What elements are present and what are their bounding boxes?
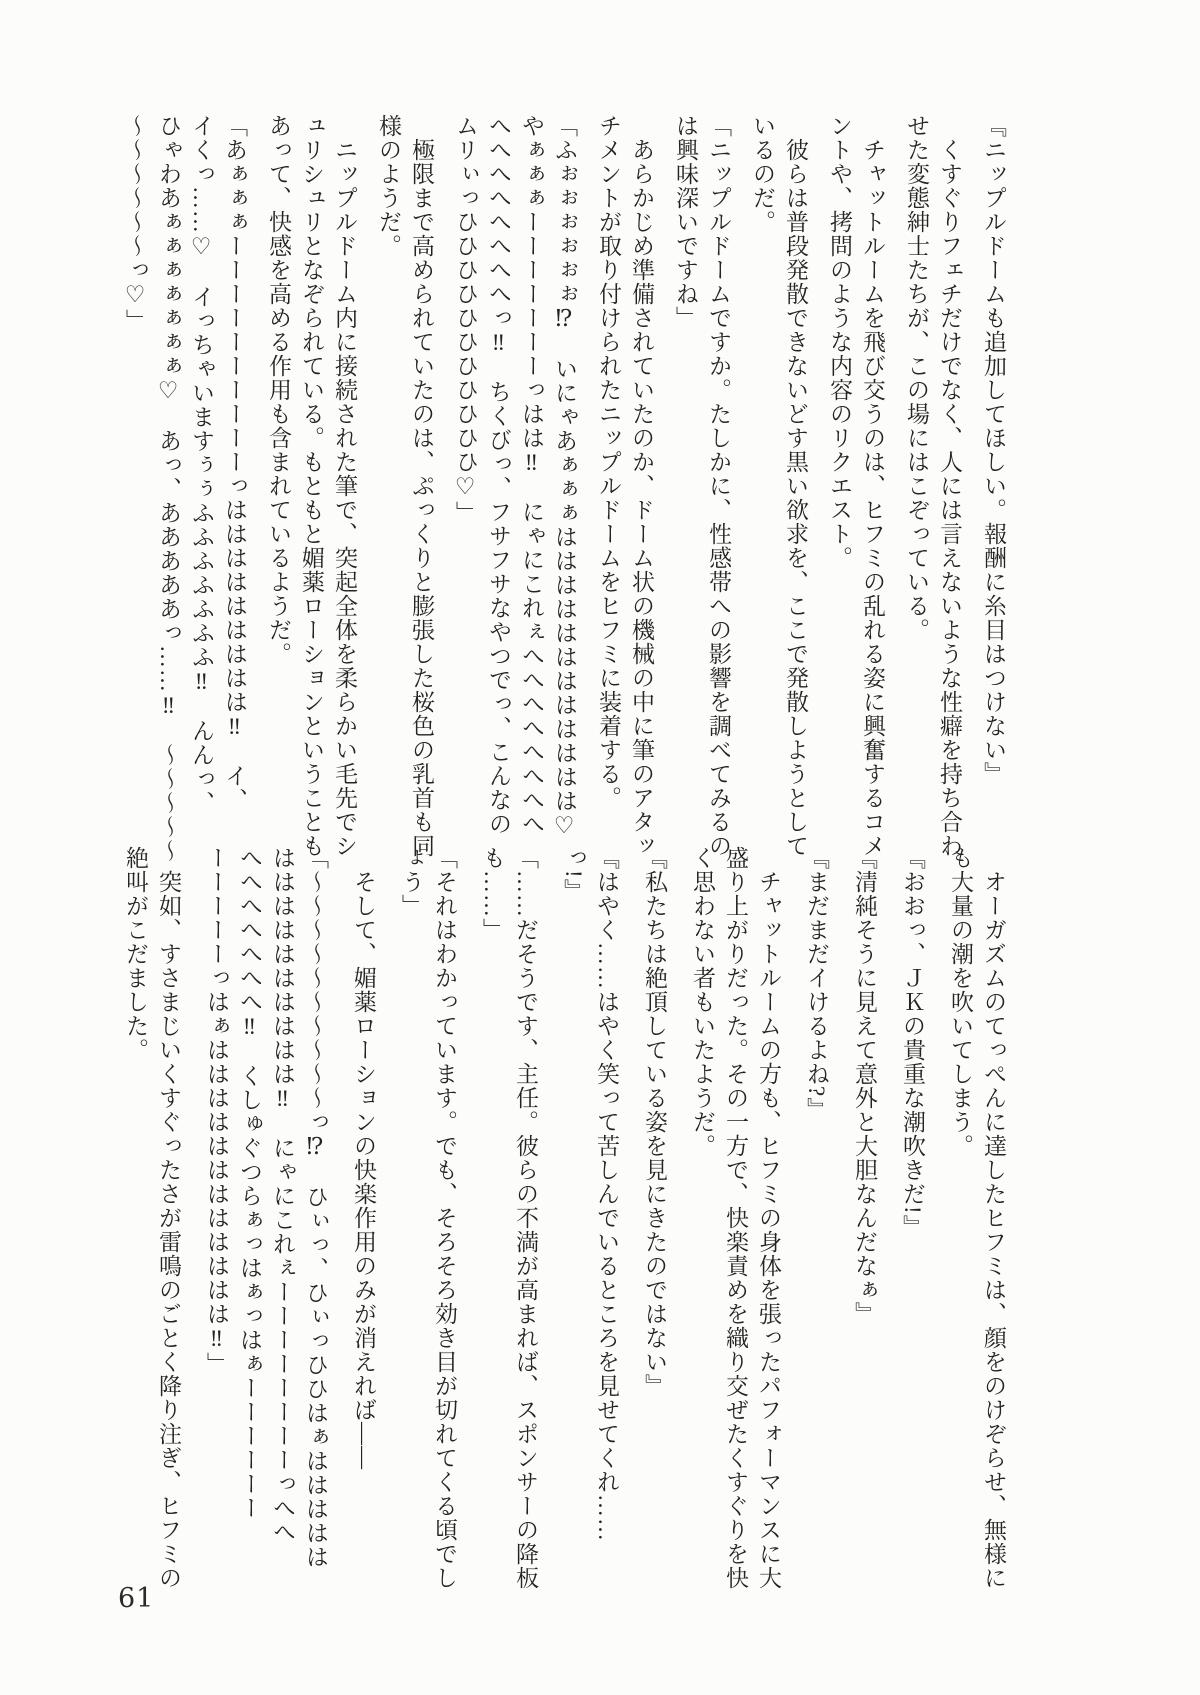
- paragraph: そして、媚薬ローションの快楽作用のみが消えれば――: [347, 846, 380, 1572]
- paragraph: 『私たちは絶頂している姿を見にきたのではない』: [638, 846, 671, 1572]
- text-line: っ!』: [557, 846, 590, 1572]
- text-line: ょう」: [395, 846, 428, 1572]
- text-line: も……」: [476, 846, 509, 1572]
- text-line: 彼らは普段発散できないどす黒い欲求を、ここで発散しようとして: [779, 114, 812, 840]
- paragraph: オーガズムのてっぺんに達したヒフミは、顔をのけぞらせ、無様に も大量の潮を吹いて…: [944, 846, 1010, 1572]
- text-line: やぁぁぁーーーーーーーっはは‼ にゃにこれぇへへへへへへへへ: [515, 114, 548, 840]
- paragraph: 「ふぉぉぉぉぉぉ⁉ いにゃあぁぁぁはははははははははははは♡ やぁぁぁーーーーー…: [449, 114, 581, 840]
- text-band-top: 『ニップルドームも追加してほしい。報酬に糸目はつけない』 くすぐりフェチだけでな…: [119, 114, 1010, 840]
- text-line: へへへへへへへ‼ くしゅぐつらぁっはぁっはぁーーーーーー: [233, 846, 266, 1572]
- text-line: 極限まで高められていたのは、ぷっくりと膨張した桜色の乳首も同: [405, 114, 438, 840]
- paragraph: あらかじめ準備されていたのか、ドーム状の機械の中に筆のアタッ チメントが取り付け…: [592, 114, 658, 840]
- page-number: 61: [118, 1583, 154, 1614]
- paragraph: 『まだまだイけるよね?』: [800, 846, 833, 1572]
- text-line: チメントが取り付けられたニップルドームをヒフミに装着する。: [592, 114, 625, 840]
- paragraph: くすぐりフェチだけでなく、人には言えないような性癖を持ち合わ せた変態紳士たちが…: [900, 114, 966, 840]
- text-line: ひゃわあぁぁぁぁぁぁぁ♡ あっ、あああああっ……‼ 〜〜〜〜〜: [152, 114, 185, 840]
- text-line: あらかじめ準備されていたのか、ドーム状の機械の中に筆のアタッ: [625, 114, 658, 840]
- text-line: 『私たちは絶頂している姿を見にきたのではない』: [638, 846, 671, 1572]
- text-line: ーーーーーっはぁはははははははははははは‼」: [200, 846, 233, 1572]
- text-line: 絶叫がこだました。: [119, 846, 152, 1572]
- paragraph: 「ニップルドームですか。たしかに、性感帯への影響を調べてみるの は興味深いですね…: [669, 114, 735, 840]
- paragraph: 『おおっ、ＪＫの貴重な潮吹きだ!』: [896, 846, 929, 1572]
- text-line: そして、媚薬ローションの快楽作用のみが消えれば――: [347, 846, 380, 1572]
- paragraph: 『清純そうに見えて意外と大胆なんだなぁ』: [848, 846, 881, 1572]
- text-line: 『おおっ、ＪＫの貴重な潮吹きだ!』: [896, 846, 929, 1572]
- text-line: くすぐりフェチだけでなく、人には言えないような性癖を持ち合わ: [933, 114, 966, 840]
- text-line: チャットルームを飛び交うのは、ヒフミの乱れる姿に興奮するコメ: [856, 114, 889, 840]
- text-line: へへへへへへへへっ‼ ちくびっ、フサフサなやつでっ、こんなの: [482, 114, 515, 840]
- paragraph: 彼らは普段発散できないどす黒い欲求を、ここで発散しようとして いるのだ。: [746, 114, 812, 840]
- text-line: 「ふぉぉぉぉぉぉ⁉ いにゃあぁぁぁはははははははははははは♡: [548, 114, 581, 840]
- paragraph: 「それはわかっています。でも、そろそろ効き目が切れてくる頃でし ょう」: [395, 846, 461, 1572]
- text-line: も大量の潮を吹いてしまう。: [944, 846, 977, 1572]
- text-band-bottom: オーガズムのてっぺんに達したヒフミは、顔をのけぞらせ、無様に も大量の潮を吹いて…: [119, 846, 1010, 1572]
- paragraph: 極限まで高められていたのは、ぷっくりと膨張した桜色の乳首も同 様のようだ。: [372, 114, 438, 840]
- paragraph: 突如、すさまじいくすぐったさが雷鳴のごとく降り注ぎ、ヒフミの 絶叫がこだました。: [119, 846, 185, 1572]
- text-line: く思わない者もいたようだ。: [686, 846, 719, 1572]
- novel-page: 『ニップルドームも追加してほしい。報酬に糸目はつけない』 くすぐりフェチだけでな…: [0, 0, 1200, 1695]
- text-line: 突如、すさまじいくすぐったさが雷鳴のごとく降り注ぎ、ヒフミの: [152, 846, 185, 1572]
- text-line: ニップルドーム内に接続された筆で、突起全体を柔らかい毛先でシ: [328, 114, 361, 840]
- paragraph: 『ニップルドームも追加してほしい。報酬に糸目はつけない』: [977, 114, 1010, 840]
- text-line: ュリシュリとなぞられている。もともと媚薬ローションということも: [295, 114, 328, 840]
- text-line: 『ニップルドームも追加してほしい。報酬に糸目はつけない』: [977, 114, 1010, 840]
- text-line: あって、快感を高める作用も含まれているようだ。: [262, 114, 295, 840]
- text-line: 「〜〜〜〜〜〜〜〜〜〜っ⁉ ひぃっ、ひぃっひひはぁははははは: [299, 846, 332, 1572]
- text-line: 「……だそうです、主任。彼らの不満が高まれば、スポンサーの降板: [509, 846, 542, 1572]
- text-line: 盛り上がりだった。その一方で、快楽責めを織り交ぜたくすぐりを快: [719, 846, 752, 1572]
- text-line: せた変態紳士たちが、この場にはこぞっている。: [900, 114, 933, 840]
- text-line: 「あぁぁぁーーーーーーーーーーっははははははははは‼ イ、: [218, 114, 251, 840]
- text-line: 「それはわかっています。でも、そろそろ効き目が切れてくる頃でし: [428, 846, 461, 1572]
- text-line: 様のようだ。: [372, 114, 405, 840]
- text-line: 『清純そうに見えて意外と大胆なんだなぁ』: [848, 846, 881, 1572]
- text-line: いるのだ。: [746, 114, 779, 840]
- text-line: オーガズムのてっぺんに達したヒフミは、顔をのけぞらせ、無様に: [977, 846, 1010, 1572]
- text-line: 〜〜〜〜〜〜っ♡」: [119, 114, 152, 840]
- paragraph: 『はやく……はやく笑って苦しんでいるところを見せてくれ…… っ!』: [557, 846, 623, 1572]
- paragraph: 「〜〜〜〜〜〜〜〜〜〜っ⁉ ひぃっ、ひぃっひひはぁははははは ははははははははは…: [200, 846, 332, 1572]
- paragraph: 「あぁぁぁーーーーーーーーーーっははははははははは‼ イ、 イくっ……♡ イっち…: [119, 114, 251, 840]
- text-line: ムリぃっひひひひひひひひひひひ♡」: [449, 114, 482, 840]
- text-line: 「ニップルドームですか。たしかに、性感帯への影響を調べてみるの: [702, 114, 735, 840]
- text-line: チャットルームの方も、ヒフミの身体を張ったパフォーマンスに大: [752, 846, 785, 1572]
- text-line: 『はやく……はやく笑って苦しんでいるところを見せてくれ……: [590, 846, 623, 1572]
- paragraph: 「……だそうです、主任。彼らの不満が高まれば、スポンサーの降板 も……」: [476, 846, 542, 1572]
- text-line: イくっ……♡ イっちゃいますぅぅふふふふふふふ‼ んんっ、: [185, 114, 218, 840]
- text-line: はははははははははは‼ にゃにこれぇーーーーーーーーっへへ: [266, 846, 299, 1572]
- paragraph: チャットルームを飛び交うのは、ヒフミの乱れる姿に興奮するコメ ントや、拷問のよう…: [823, 114, 889, 840]
- text-line: は興味深いですね」: [669, 114, 702, 840]
- text-line: ントや、拷問のような内容のリクエスト。: [823, 114, 856, 840]
- paragraph: チャットルームの方も、ヒフミの身体を張ったパフォーマンスに大 盛り上がりだった。…: [686, 846, 785, 1572]
- text-line: 『まだまだイけるよね?』: [800, 846, 833, 1572]
- paragraph: ニップルドーム内に接続された筆で、突起全体を柔らかい毛先でシ ュリシュリとなぞら…: [262, 114, 361, 840]
